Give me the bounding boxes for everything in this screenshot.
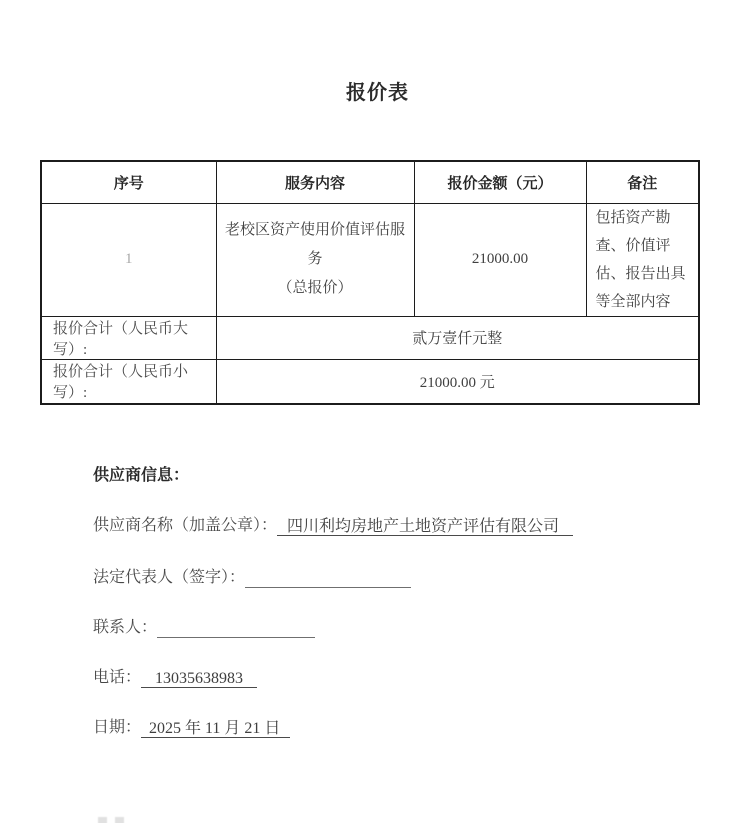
- cutoff-mark: [98, 817, 107, 823]
- date-field: 2025 年 11 月 21 日: [141, 718, 290, 738]
- legal-rep-signature-field: [245, 568, 411, 588]
- header-index: 序号: [41, 161, 216, 203]
- legal-rep-label: 法定代表人（签字）：: [93, 569, 245, 586]
- contact-field: [157, 618, 315, 638]
- table-row: 1 老校区资产使用价值评估服务 （总报价） 21000.00 包括资产勘查、价值…: [41, 203, 699, 316]
- header-amount: 报价金额（元）: [414, 161, 586, 203]
- cell-remark: 包括资产勘查、价值评估、报告出具等全部内容: [586, 203, 699, 316]
- cell-service: 老校区资产使用价值评估服务 （总报价）: [216, 203, 414, 316]
- phone-field: 13035638983: [141, 668, 257, 688]
- total-row-numeric: 报价合计（人民币小写）: 21000.00 元: [41, 359, 699, 404]
- supplier-name-line: 供应商名称（加盖公章）：四川利均房地产土地资产评估有限公司: [93, 515, 573, 536]
- cell-amount: 21000.00: [414, 203, 586, 316]
- supplier-name-field: 四川利均房地产土地资产评估有限公司: [277, 516, 573, 536]
- cutoff-mark: [115, 817, 124, 823]
- header-service: 服务内容: [216, 161, 414, 203]
- total-numeric-value: 21000.00 元: [216, 359, 699, 404]
- cutoff-text-fragment: [98, 814, 138, 823]
- phone-line: 电话：13035638983: [93, 667, 257, 688]
- cell-index: 1: [41, 203, 216, 316]
- page-title: 报价表: [0, 76, 755, 105]
- quotation-table: 序号 服务内容 报价金额（元） 备注 1 老校区资产使用价值评估服务 （总报价）…: [40, 160, 700, 405]
- supplier-name-label: 供应商名称（加盖公章）：: [93, 517, 277, 534]
- header-remark: 备注: [586, 161, 699, 203]
- total-row-capital: 报价合计（人民币大写）: 贰万壹仟元整: [41, 316, 699, 359]
- total-capital-label: 报价合计（人民币大写）:: [41, 316, 216, 359]
- total-capital-value: 贰万壹仟元整: [216, 316, 699, 359]
- date-label: 日期：: [93, 719, 141, 736]
- contact-line: 联系人：: [93, 617, 315, 638]
- supplier-section-title: 供应商信息：: [93, 465, 189, 486]
- total-numeric-label: 报价合计（人民币小写）:: [41, 359, 216, 404]
- phone-label: 电话：: [93, 669, 141, 686]
- document-page: 报价表 序号 服务内容 报价金额（元） 备注 1 老校区资产使用价值评估服务 （…: [0, 0, 755, 823]
- date-line: 日期：2025 年 11 月 21 日: [93, 717, 290, 738]
- legal-rep-line: 法定代表人（签字）：: [93, 567, 411, 588]
- table-header-row: 序号 服务内容 报价金额（元） 备注: [41, 161, 699, 203]
- contact-label: 联系人：: [93, 619, 157, 636]
